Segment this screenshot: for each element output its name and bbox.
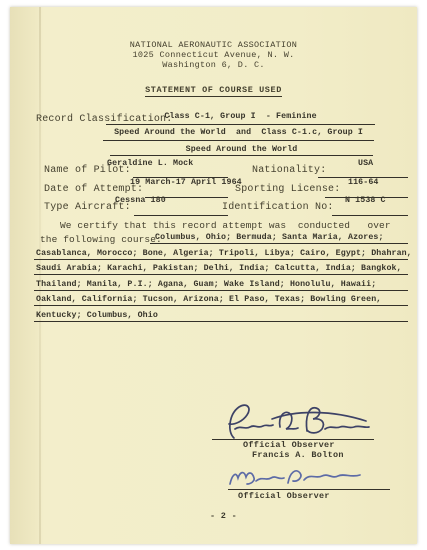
identification-value: N 1538 C bbox=[345, 196, 386, 205]
org-address-1: 1025 Connecticut Avenue, N. W. bbox=[10, 51, 417, 60]
identification-rule bbox=[332, 215, 408, 216]
page-number: - 2 - bbox=[210, 512, 237, 521]
aircraft-rule bbox=[134, 215, 228, 216]
course-rule-6 bbox=[34, 321, 408, 322]
license-value: 116-64 bbox=[348, 178, 378, 187]
course-rule-1 bbox=[150, 243, 408, 244]
classification-rule-1 bbox=[106, 124, 375, 125]
document-title: STATEMENT OF COURSE USED bbox=[10, 86, 417, 95]
record-classification-line2: Speed Around the World and Class C-1.c, … bbox=[103, 128, 374, 137]
course-rule-2 bbox=[34, 259, 408, 260]
course-line-2: Casablanca, Morocco; Bone, Algeria; Trip… bbox=[36, 249, 412, 258]
date-label: Date of Attempt: bbox=[44, 184, 143, 195]
nationality-label: Nationality: bbox=[252, 165, 326, 176]
course-line-6: Kentucky; Columbus, Ohio bbox=[36, 311, 158, 320]
observer-role-1: Official Observer bbox=[243, 441, 335, 450]
document-page: NATIONAL AERONAUTIC ASSOCIATION 1025 Con… bbox=[10, 7, 417, 544]
course-rule-3 bbox=[34, 274, 408, 275]
course-rule-4 bbox=[34, 290, 408, 291]
org-address-2: Washington 6, D. C. bbox=[10, 61, 417, 70]
course-line-1: Columbus, Ohio; Bermuda; Santa Maria, Az… bbox=[155, 233, 384, 242]
observer-role-2: Official Observer bbox=[238, 492, 330, 501]
date-value: 19 March-17 April 1964 bbox=[130, 178, 242, 187]
nationality-value: USA bbox=[358, 159, 373, 168]
classification-rule-2 bbox=[103, 140, 374, 141]
pilot-value: Geraldine L. Mock bbox=[107, 159, 193, 168]
identification-label: Identification No: bbox=[222, 202, 334, 213]
course-rule-5 bbox=[34, 305, 408, 306]
record-classification-line1: Class C-1, Group I - Feminine bbox=[106, 112, 375, 121]
course-line-5: Oakland, California; Tucson, Arizona; El… bbox=[36, 295, 381, 304]
course-line-3: Saudi Arabia; Karachi, Pakistan; Delhi, … bbox=[36, 264, 402, 273]
course-label: the following course: bbox=[40, 235, 162, 245]
aircraft-value: Cessna 180 bbox=[115, 196, 166, 205]
certify-intro: We certify that this record attempt was … bbox=[60, 221, 391, 231]
course-line-4: Thailand; Manila, P.I.; Agana, Guam; Wak… bbox=[36, 280, 376, 289]
classification-rule-3 bbox=[110, 155, 373, 156]
record-classification-line3: Speed Around the World bbox=[110, 145, 373, 154]
license-label: Sporting License: bbox=[235, 184, 340, 195]
org-name: NATIONAL AERONAUTIC ASSOCIATION bbox=[10, 41, 417, 50]
observer-name-1: Francis A. Bolton bbox=[252, 451, 344, 460]
